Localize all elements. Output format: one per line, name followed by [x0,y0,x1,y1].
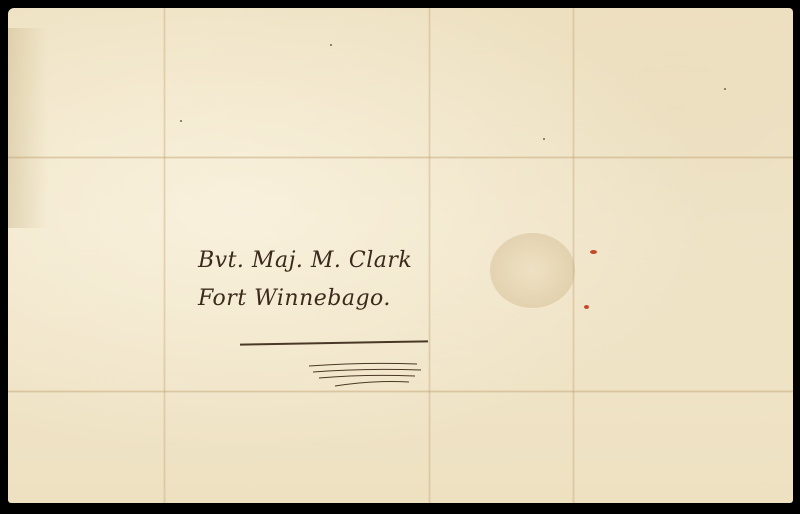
wax-seal-fragment [590,250,597,254]
fold-line-right [572,8,575,503]
address-block: Bvt. Maj. M. Clark Fort Winnebago. [198,242,438,318]
edge-stain [8,28,48,228]
pen-flourish [305,360,425,390]
fold-line-bottom [8,390,793,393]
paper-speck [724,88,726,90]
paper-speck [330,44,332,46]
address-location: Fort Winnebago. [198,280,438,318]
paper-speck [180,120,182,122]
address-recipient: Bvt. Maj. M. Clark [198,242,438,280]
paper-speck [543,138,545,140]
fold-line-left [163,8,166,503]
wax-seal-fragment [584,305,589,309]
seal-stain [490,233,575,308]
fold-line-top [8,156,793,159]
